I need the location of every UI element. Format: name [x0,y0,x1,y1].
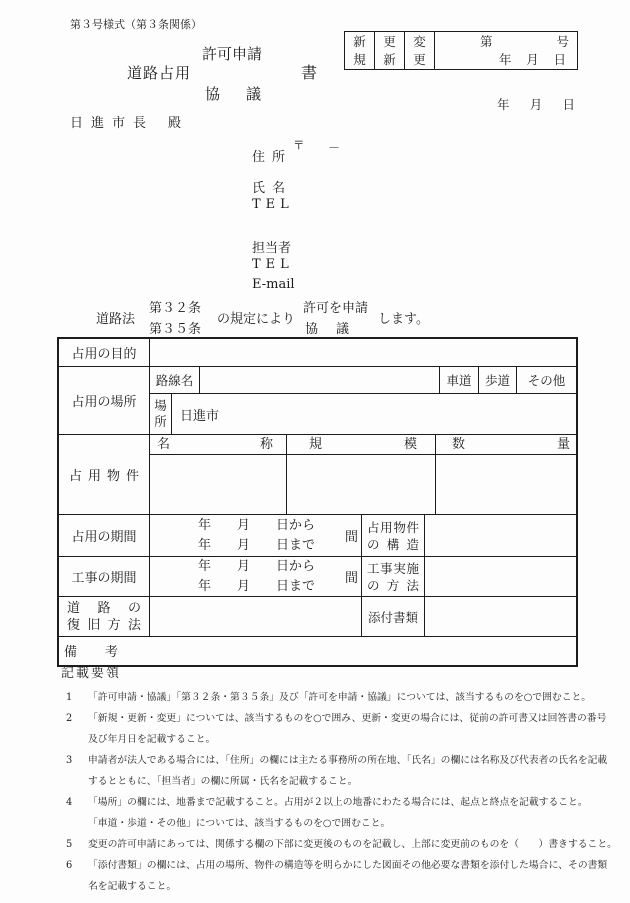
permit-date-line: 年 月 日 [435,51,577,69]
objects-col-quantity: 数量 [436,435,576,454]
row-restoration: 道路の 復旧方法 添付書類 [59,597,576,637]
construction-method-label: 工事実施 の方法 [362,557,425,596]
status-option-new: 新規 [345,32,375,69]
permit-number-line: 第 号 [435,33,577,51]
spot-value-cell: 日進市 [172,394,576,434]
object-structure-input-cell [425,515,576,556]
note-item-4: 4 「場所」の欄には、地番まで記載すること。占用が２以上の地番にわたる場合には、… [66,792,617,834]
row-occupation-period: 占用の期間 年 月 日から 年 月 日まで 間 占用物件 の構造 [59,515,576,557]
road-type-other: その他 [517,367,576,393]
road-type-sidewalk: 歩道 [479,367,517,393]
contact-tel-label: TEL [252,257,294,272]
note-item-3: 3 申請者が法人である場合には、「住所」の欄には主たる事務所の所在地、「氏名」の… [66,750,617,792]
construction-period-duration: 間 [345,567,358,586]
occupation-period-from: 年 月 日から [198,516,345,536]
postal-mark-icon: 〒 [293,137,305,153]
occupation-period-input-cell: 年 月 日から 年 月 日まで 間 [150,515,362,556]
status-option-renewal: 更新 [375,32,405,69]
purpose-input-cell [150,339,576,366]
objects-col-scale: 規模 [287,435,436,454]
name-label: 氏名 [252,177,285,196]
objects-scale-input-cell [287,455,436,514]
address-label: 住所 [252,146,285,165]
addressee-name: 日進市長 [70,116,154,131]
route-name-label: 路線名 [150,367,200,393]
object-structure-label: 占用物件 の構造 [362,515,425,556]
construction-period-to: 年 月 日まで [198,577,345,597]
declaration-middle: の規定により [217,308,295,327]
row-place: 占用の場所 路線名 車道 歩道 その他 場所 日進市 [59,367,576,435]
title-road-occupation: 道路占用 [127,62,191,83]
occupation-period-to: 年 月 日まで [198,536,345,556]
declaration-article-35: 第３５条 [149,318,201,337]
title-option-permit-application: 許可申請 [202,43,262,64]
note-item-6: 6 「添付書類」の欄には、占用の場所、物件の構造等を明らかにした図面その他必要な… [66,855,617,897]
row-purpose: 占用の目的 [59,339,576,367]
email-label: E-mail [252,277,295,292]
occupation-period-duration: 間 [345,526,358,545]
declaration-law: 道路法 [96,308,135,327]
objects-col-name: 名称 [150,435,287,454]
declaration-action-consult: 協 議 [305,318,349,337]
declaration-article-32: 第３２条 [149,297,201,316]
objects-quantity-input-cell [436,455,576,514]
road-type-carriageway: 車道 [440,367,479,393]
note-item-1: 1 「許可申請・協議」「第３２条・第３５条」及び「許可を申請・協議」については、… [66,687,617,708]
objects-label: 占用物件 [59,435,150,514]
row-construction-period: 工事の期間 年 月 日から 年 月 日まで 間 工事実施 の方法 [59,557,576,597]
status-box: 新規 更新 変更 第 号 年 月 日 [344,31,578,70]
restoration-input-cell [150,597,362,636]
declaration-suffix: します。 [378,308,429,327]
row-remarks: 備考 [59,637,576,665]
objects-name-input-cell [150,455,287,514]
attachments-input-cell [425,597,576,636]
addressee: 日進市長殿 [70,112,181,131]
row-objects: 占用物件 名称 規模 数量 [59,435,576,515]
contact-person-label: 担当者 [252,237,291,256]
notes-heading: 記載要領 [61,666,617,682]
attachments-label: 添付書類 [362,597,425,636]
note-item-5: 5 変更の許可申請にあっては、関係する欄の下部に変更後のものを記載し、上部に変更… [66,834,617,855]
restoration-label: 道路の 復旧方法 [59,597,150,636]
construction-period-from: 年 月 日から [198,557,345,577]
construction-period-input-cell: 年 月 日から 年 月 日まで 間 [150,557,362,596]
declaration-action-permit: 許可を申請 [303,297,368,316]
submission-date-line: 年 月 日 [497,95,575,113]
tel-label: TEL [252,197,294,212]
status-option-change: 変更 [405,32,435,69]
form-number: 第３号様式（第３条関係） [70,16,202,32]
postal-code-separator: － [328,139,340,156]
previous-permit-number-cell: 第 号 年 月 日 [435,32,577,69]
spot-label: 場所 [150,394,172,434]
purpose-label: 占用の目的 [59,339,150,366]
notes-section: 記載要領 1 「許可申請・協議」「第３２条・第３５条」及び「許可を申請・協議」に… [66,666,617,897]
remarks-label: 備考 [64,641,118,660]
construction-period-label: 工事の期間 [59,557,150,596]
title-sho-suffix: 書 [301,60,317,83]
remarks-cell: 備考 [59,637,576,665]
title-option-consultation: 協議 [205,83,261,104]
application-table: 占用の目的 占用の場所 路線名 車道 歩道 その他 場所 日進市 [57,337,578,667]
note-item-2: 2 「新規・更新・変更」については、該当するものを○で囲み、更新・変更の場合には… [66,708,617,750]
place-label: 占用の場所 [59,367,150,434]
occupation-period-label: 占用の期間 [59,515,150,556]
addressee-honorific: 殿 [168,116,181,131]
construction-method-input-cell [425,557,576,596]
route-name-input-cell [200,367,440,393]
road-occupation-application-form: 第３号様式（第３条関係） 道路占用 許可申請 協議 書 新規 更新 変更 第 号… [0,0,630,903]
